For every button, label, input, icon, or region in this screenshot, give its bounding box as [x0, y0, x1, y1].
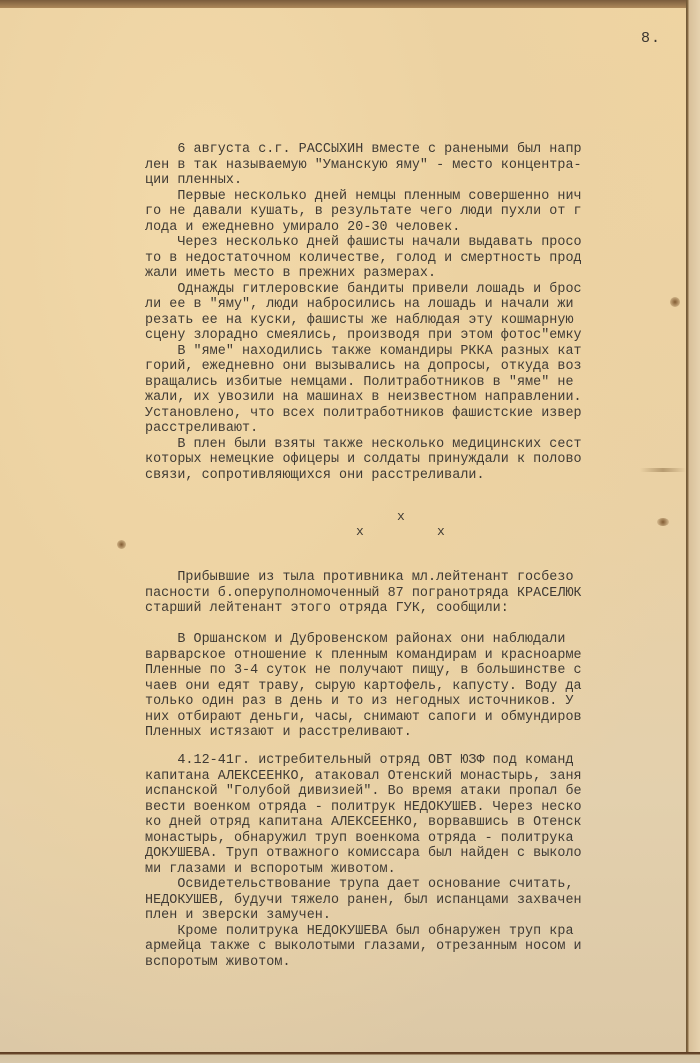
- text-line: ми глазами и вспоротым животом.: [145, 862, 693, 878]
- text-line: В плен были взяты также несколько медици…: [145, 437, 693, 453]
- scan-bottom-edge: [0, 1052, 700, 1063]
- text-line: то в недостаточном количестве, голод и с…: [145, 251, 693, 267]
- text-line: вести военком отряда - политрук НЕДОКУШЕ…: [145, 800, 693, 816]
- text-line: Кроме политрука НЕДОКУШЕВА был обнаружен…: [145, 924, 693, 940]
- text-line: испанской "Голубой дивизией". Во время а…: [145, 784, 693, 800]
- paragraph-block-prisoners-uman-pit: 6 августа с.г. РАССЫХИН вместе с раненым…: [145, 142, 693, 483]
- section-separator-mark: x: [397, 509, 405, 524]
- text-line: ко дней отряд капитана АЛЕКСЕЕНКО, ворва…: [145, 815, 693, 831]
- text-line: го не давали кушать, в результате чего л…: [145, 204, 693, 220]
- text-line: Первые несколько дней немцы пленным сове…: [145, 189, 693, 205]
- paper-stain: [657, 518, 669, 526]
- text-line: В "яме" находились также командиры РККА …: [145, 344, 693, 360]
- text-line: резать ее на куски, фашисты же наблюдая …: [145, 313, 693, 329]
- text-line: армейца также с выколотыми глазами, отре…: [145, 939, 693, 955]
- paper-stain: [117, 540, 126, 549]
- text-line: них отбирают деньги, часы, снимают сапог…: [145, 710, 693, 726]
- text-line: плен и зверски замучен.: [145, 908, 693, 924]
- text-line: лода и ежедневно умирало 20-30 человек.: [145, 220, 693, 236]
- text-line: пасности б.оперуполномоченный 87 пограно…: [145, 586, 693, 602]
- text-line: Освидетельствование трупа дает основание…: [145, 877, 693, 893]
- text-line: ции пленных.: [145, 173, 693, 189]
- paragraph-block-orsha-dubrovno: В Оршанском и Дубровенском районах они н…: [145, 632, 693, 741]
- text-line: горий, ежедневно они вызывались на допро…: [145, 359, 693, 375]
- text-line: варварское отношение к пленным командира…: [145, 648, 693, 664]
- text-line: жали, их увозили на машинах в неизвестно…: [145, 390, 693, 406]
- text-line: вспоротым животом.: [145, 955, 693, 971]
- text-line: которых немецкие офицеры и солдаты прину…: [145, 452, 693, 468]
- text-line: жали иметь место в прежних размерах.: [145, 266, 693, 282]
- text-line: капитана АЛЕКСЕЕНКО, атаковал Отенский м…: [145, 769, 693, 785]
- text-line: ДОКУШЕВА. Труп отважного комиссара был н…: [145, 846, 693, 862]
- text-line: Однажды гитлеровские бандиты привели лош…: [145, 282, 693, 298]
- text-line: 6 августа с.г. РАССЫХИН вместе с раненым…: [145, 142, 693, 158]
- text-line: чаев они едят траву, сырую картофель, ка…: [145, 679, 693, 695]
- text-line: 4.12-41г. истребительный отряд ОВТ ЮЗФ п…: [145, 753, 693, 769]
- text-line: связи, сопротивляющихся они расстреливал…: [145, 468, 693, 484]
- text-line: Прибывшие из тыла противника мл.лейтенан…: [145, 570, 693, 586]
- text-line: В Оршанском и Дубровенском районах они н…: [145, 632, 693, 648]
- text-line: НЕДОКУШЕВ, будучи тяжело ранен, был испа…: [145, 893, 693, 909]
- text-line: ли ее в "яму", люди набросились на лошад…: [145, 297, 693, 313]
- section-separator-mark: x: [356, 524, 364, 539]
- text-line: расстреливают.: [145, 421, 693, 437]
- paragraph-block-report-intro: Прибывшие из тыла противника мл.лейтенан…: [145, 570, 693, 617]
- text-line: Установлено, что всех политработников фа…: [145, 406, 693, 422]
- text-line: вращались избитые немцами. Политработник…: [145, 375, 693, 391]
- text-line: сцену злорадно смеялись, производя при э…: [145, 328, 693, 344]
- section-separator-mark: x: [437, 524, 445, 539]
- paragraph-block-otensky-monastery: 4.12-41г. истребительный отряд ОВТ ЮЗФ п…: [145, 753, 693, 970]
- text-line: Пленных истязают и расстреливают.: [145, 725, 693, 741]
- text-line: Пленные по 3-4 суток не получают пищу, в…: [145, 663, 693, 679]
- text-line: только один раз в день и то из негодных …: [145, 694, 693, 710]
- text-line: Через несколько дней фашисты начали выда…: [145, 235, 693, 251]
- text-line: монастырь, обнаружил труп военкома отряд…: [145, 831, 693, 847]
- text-line: старший лейтенант этого отряда ГУК, сооб…: [145, 601, 693, 617]
- text-line: лен в так называемую "Уманскую яму" - ме…: [145, 158, 693, 174]
- page-number: 8.: [641, 30, 661, 47]
